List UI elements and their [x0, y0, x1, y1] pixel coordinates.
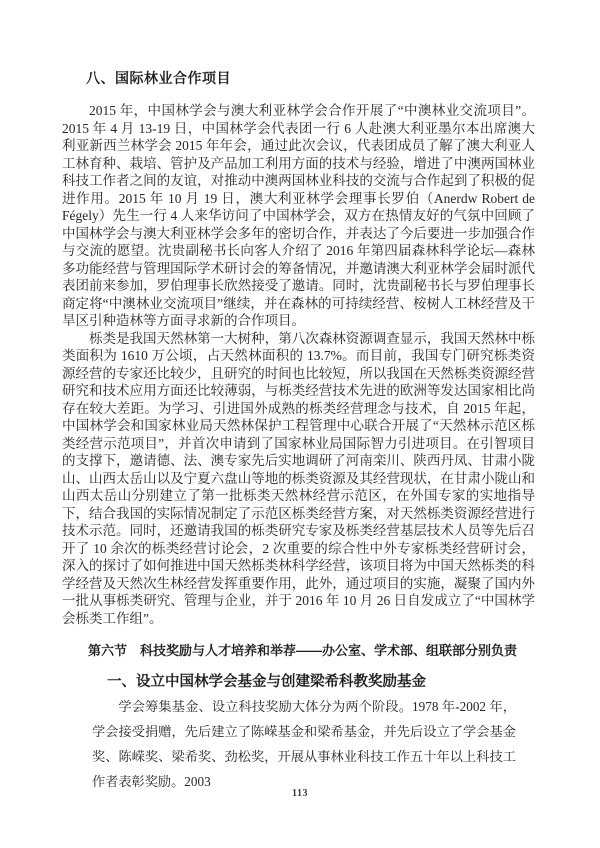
body-text-block: 2015 年，中国林学会与澳大利亚林学会合作开展了“中澳林业交流项目”。2015… [62, 102, 535, 627]
scanned-document-page: 八、国际林业合作项目 2015 年，中国林学会与澳大利亚林学会合作开展了“中澳林… [0, 0, 600, 848]
section-heading-awards-and-talent: 第六节 科技奖励与人才培养和举荐——办公室、学术部、组联部分别负责 [88, 640, 538, 659]
page-number: 113 [0, 788, 600, 799]
paragraph-oak-management-project: 栎类是我国天然林第一大树种，第八次森林资源调查显示，我国天然林中栎类面积为 16… [62, 330, 535, 628]
heading-international-forestry-cooperation: 八、国际林业合作项目 [86, 68, 231, 88]
subsection-heading-fund-establishment: 一、设立中国林学会基金与创建梁希科教奖励基金 [107, 670, 426, 691]
paragraph-fund-history: 学会筹集基金、设立科技奖励大体分为两个阶段。1978 年-2002 年，学会接受… [92, 694, 516, 794]
paragraph-china-australia-exchange: 2015 年，中国林学会与澳大利亚林学会合作开展了“中澳林业交流项目”。2015… [62, 102, 535, 330]
